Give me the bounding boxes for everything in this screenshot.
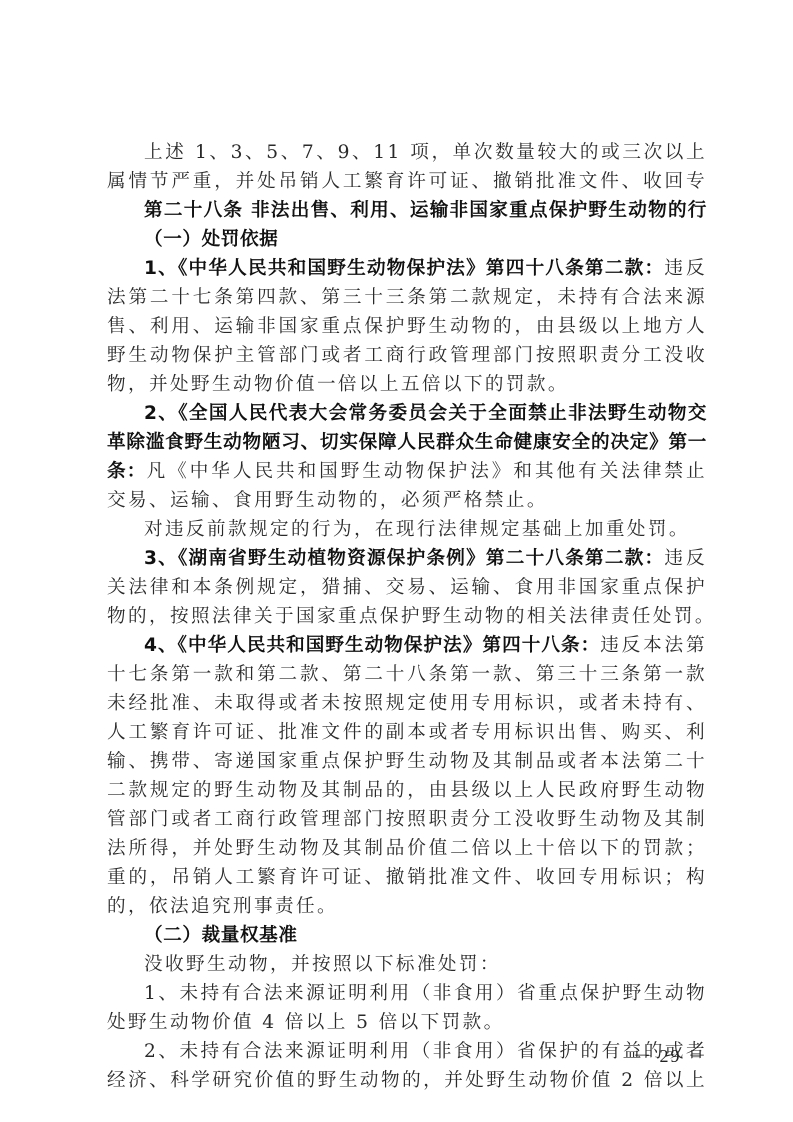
text-segment: 未经批准、未取得或者未按照规定使用专用标识，或者未持有、未附有 (107, 693, 707, 718)
text-line: 物的，按照法律关于国家重点保护野生动物的相关法律责任处罚。 (107, 602, 707, 631)
bold-text-segment: 4、《中华人民共和国野生动物保护法》第四十八条： (144, 635, 600, 656)
text-line: 管部门或者工商行政管理部门按照职责分工没收野生动物及其制品和违 (107, 805, 707, 834)
text-line: 第二十八条 非法出售、利用、运输非国家重点保护野生动物的行为 (107, 196, 707, 225)
text-line: 条：凡《中华人民共和国野生动物保护法》和其他有关法律禁止猎捕、 (107, 457, 707, 486)
text-segment: 十七条第一款和第二款、第二十八条第一款、第三十三条第一款规定， (107, 664, 707, 689)
text-line: 未经批准、未取得或者未按照规定使用专用标识，或者未持有、未附有 (107, 689, 707, 718)
text-segment: 法所得，并处野生动物及其制品价值二倍以上十倍以下的罚款；情节严 (107, 838, 707, 863)
text-segment: 上述 1、3、5、7、9、11 项，单次数量较大的或三次以上违法的， (144, 142, 707, 167)
text-line: 售、利用、运输非国家重点保护野生动物的，由县级以上地方人民政府 (107, 312, 707, 341)
text-segment: 二款规定的野生动物及其制品的，由县级以上人民政府野生动物保护主 (107, 780, 707, 805)
text-line: 人工繁育许可证、批准文件的副本或者专用标识出售、购买、利用、运 (107, 718, 707, 747)
text-segment: 物，并处野生动物价值一倍以上五倍以下的罚款。 (107, 374, 569, 395)
text-line: 二款规定的野生动物及其制品的，由县级以上人民政府野生动物保护主 (107, 776, 707, 805)
text-line: 上述 1、3、5、7、9、11 项，单次数量较大的或三次以上违法的， (107, 138, 707, 167)
text-segment: 交易、运输、食用野生动物的，必须严格禁止。 (107, 490, 548, 511)
text-line: 法第二十七条第四款、第三十三条第二款规定，未持有合法来源证明出 (107, 283, 707, 312)
text-segment: 对违反前款规定的行为，在现行法律规定基础上加重处罚。 (144, 519, 690, 540)
text-segment: 的，依法追究刑事责任。 (107, 896, 338, 917)
document-page-body: 上述 1、3、5、7、9、11 项，单次数量较大的或三次以上违法的，属情节严重，… (107, 138, 707, 1095)
text-segment: 没收野生动物，并按照以下标准处罚： (144, 954, 501, 975)
text-line: 4、《中华人民共和国野生动物保护法》第四十八条：违反本法第二 (107, 631, 707, 660)
text-segment: 输、携带、寄递国家重点保护野生动物及其制品或者本法第二十八条第 (107, 751, 707, 776)
bold-text-segment: （二）裁量权基准 (144, 925, 298, 946)
bold-text-segment: 3、《湖南省野生动植物资源保护条例》第二十八条第二款： (144, 548, 664, 569)
text-line: 法所得，并处野生动物及其制品价值二倍以上十倍以下的罚款；情节严 (107, 834, 707, 863)
text-line: 革除滥食野生动物陋习、切实保障人民群众生命健康安全的决定》第一 (107, 428, 707, 457)
text-line: 的，依法追究刑事责任。 (107, 892, 707, 921)
text-line: 十七条第一款和第二款、第二十八条第一款、第三十三条第一款规定， (107, 660, 707, 689)
text-segment: 售、利用、运输非国家重点保护野生动物的，由县级以上地方人民政府 (107, 316, 707, 341)
text-line: 重的，吊销人工繁育许可证、撤销批准文件、收回专用标识；构成犯罪 (107, 863, 707, 892)
text-line: 输、携带、寄递国家重点保护野生动物及其制品或者本法第二十八条第 (107, 747, 707, 776)
page-number: － 29 － (633, 1042, 708, 1068)
text-segment: 2、未持有合法来源证明利用（非食用）省保护的有益的或者有重要 (144, 1041, 707, 1066)
text-segment: 处野生动物价值 4 倍以上 5 倍以下罚款。 (107, 1012, 505, 1033)
bold-text-segment: 1、《中华人民共和国野生动物保护法》第四十八条第二款： (144, 258, 664, 279)
text-line: 野生动物保护主管部门或者工商行政管理部门按照职责分工没收野生动 (107, 341, 707, 370)
text-segment: 关法律和本条例规定，猎捕、交易、运输、食用非国家重点保护野生动 (107, 577, 707, 602)
text-line: 经济、科学研究价值的野生动物的，并处野生动物价值 2 倍以上 4 倍以 (107, 1066, 707, 1095)
text-line: 交易、运输、食用野生动物的，必须严格禁止。 (107, 486, 707, 515)
text-line: （二）裁量权基准 (107, 921, 707, 950)
text-segment: 经济、科学研究价值的野生动物的，并处野生动物价值 2 倍以上 4 倍以 (107, 1070, 707, 1095)
bold-text-segment: 条： (107, 461, 147, 482)
bold-text-segment: （一）处罚依据 (144, 229, 278, 250)
text-line: 属情节严重，并处吊销人工繁育许可证、撤销批准文件、收回专用标识。 (107, 167, 707, 196)
text-line: 对违反前款规定的行为，在现行法律规定基础上加重处罚。 (107, 515, 707, 544)
bold-text-segment: 革除滥食野生动物陋习、切实保障人民群众生命健康安全的决定》第一 (107, 432, 707, 453)
text-line: 没收野生动物，并按照以下标准处罚： (107, 950, 707, 979)
text-line: 处野生动物价值 4 倍以上 5 倍以下罚款。 (107, 1008, 707, 1037)
text-segment: 凡《中华人民共和国野生动物保护法》和其他有关法律禁止猎捕、 (107, 461, 707, 486)
text-line: 物，并处野生动物价值一倍以上五倍以下的罚款。 (107, 370, 707, 399)
bold-text-segment: 2、《全国人民代表大会常务委员会关于全面禁止非法野生动物交易、 (144, 403, 707, 428)
text-line: 3、《湖南省野生动植物资源保护条例》第二十八条第二款：违反有 (107, 544, 707, 573)
text-line: 关法律和本条例规定，猎捕、交易、运输、食用非国家重点保护野生动 (107, 573, 707, 602)
text-segment: 1、未持有合法来源证明利用（非食用）省重点保护野生动物的，并 (144, 983, 707, 1008)
text-segment: 重的，吊销人工繁育许可证、撤销批准文件、收回专用标识；构成犯罪 (107, 867, 707, 892)
text-line: 2、未持有合法来源证明利用（非食用）省保护的有益的或者有重要 (107, 1037, 707, 1066)
text-line: （一）处罚依据 (107, 225, 707, 254)
text-segment: 物的，按照法律关于国家重点保护野生动物的相关法律责任处罚。 (107, 606, 716, 627)
text-segment: 管部门或者工商行政管理部门按照职责分工没收野生动物及其制品和违 (107, 809, 707, 834)
text-segment: 法第二十七条第四款、第三十三条第二款规定，未持有合法来源证明出 (107, 287, 707, 312)
text-line: 1、未持有合法来源证明利用（非食用）省重点保护野生动物的，并 (107, 979, 707, 1008)
text-segment: 野生动物保护主管部门或者工商行政管理部门按照职责分工没收野生动 (107, 345, 707, 370)
bold-text-segment: 第二十八条 非法出售、利用、运输非国家重点保护野生动物的行为 (144, 200, 707, 225)
text-line: 2、《全国人民代表大会常务委员会关于全面禁止非法野生动物交易、 (107, 399, 707, 428)
text-line: 1、《中华人民共和国野生动物保护法》第四十八条第二款：违反本 (107, 254, 707, 283)
text-segment: 属情节严重，并处吊销人工繁育许可证、撤销批准文件、收回专用标识。 (107, 171, 707, 196)
text-segment: 人工繁育许可证、批准文件的副本或者专用标识出售、购买、利用、运 (107, 722, 707, 747)
